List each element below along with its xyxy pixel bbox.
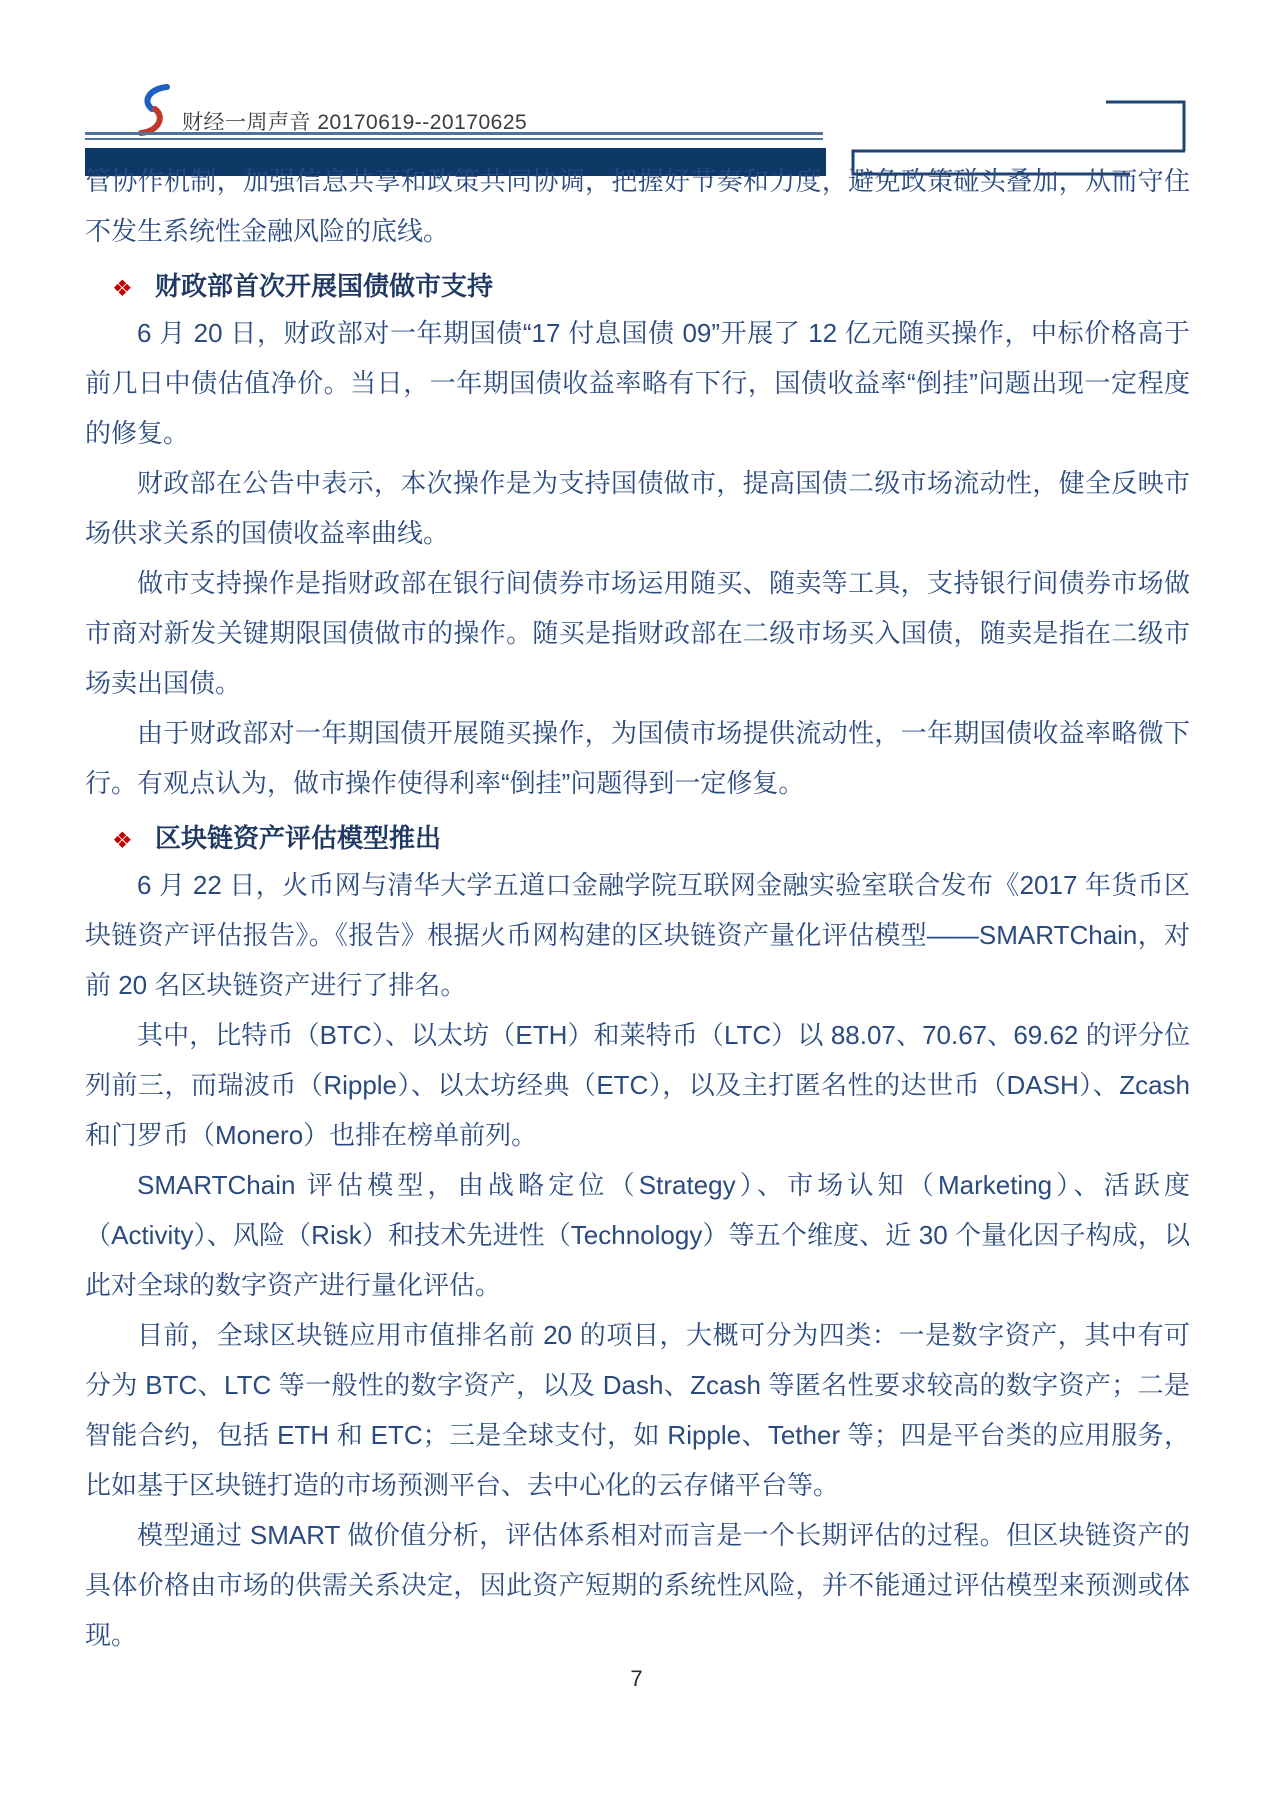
section-heading-label: 财政部首次开展国债做市支持 xyxy=(155,271,493,301)
section-bullet-icon: ❖ xyxy=(112,271,133,305)
page-number: 7 xyxy=(0,1666,1273,1692)
document-body: 管协作机制，加强信息共享和政策共同协调，把握好节奏和力度，避免政策碰头叠加，从而… xyxy=(85,156,1190,1660)
paragraph: 由于财政部对一年期国债开展随买操作，为国债市场提供流动性，一年期国债收益率略微下… xyxy=(85,708,1190,808)
paragraph: 6 月 20 日，财政部对一年期国债“17 付息国债 09”开展了 12 亿元随… xyxy=(85,308,1190,458)
paragraph: SMARTChain 评估模型，由战略定位（Strategy）、市场认知（Mar… xyxy=(85,1160,1190,1310)
paragraph: 目前，全球区块链应用市值排名前 20 的项目，大概可分为四类：一是数字资产，其中… xyxy=(85,1310,1190,1510)
paragraph: 管协作机制，加强信息共享和政策共同协调，把握好节奏和力度，避免政策碰头叠加，从而… xyxy=(85,156,1190,256)
document-page: 财经一周声音 20170619--20170625 管协作机制，加强信息共享和政… xyxy=(0,0,1273,1800)
section-bullet-icon: ❖ xyxy=(112,823,133,857)
section-heading: ❖ 财政部首次开展国债做市支持 xyxy=(85,269,1190,303)
paragraph: 模型通过 SMART 做价值分析，评估体系相对而言是一个长期评估的过程。但区块链… xyxy=(85,1510,1190,1660)
section-heading-label: 区块链资产评估模型推出 xyxy=(155,823,441,853)
paragraph: 做市支持操作是指财政部在银行间债券市场运用随买、随卖等工具，支持银行间债券市场做… xyxy=(85,558,1190,708)
paragraph: 6 月 22 日，火币网与清华大学五道口金融学院互联网金融实验室联合发布《201… xyxy=(85,860,1190,1010)
section-heading: ❖ 区块链资产评估模型推出 xyxy=(85,821,1190,855)
paragraph: 财政部在公告中表示，本次操作是为支持国债做市，提高国债二级市场流动性，健全反映市… xyxy=(85,458,1190,558)
brand-logo-icon xyxy=(136,84,172,136)
paragraph: 其中，比特币（BTC）、以太坊（ETH）和莱特币（LTC）以 88.07、70.… xyxy=(85,1010,1190,1160)
header-double-rule xyxy=(85,132,823,140)
